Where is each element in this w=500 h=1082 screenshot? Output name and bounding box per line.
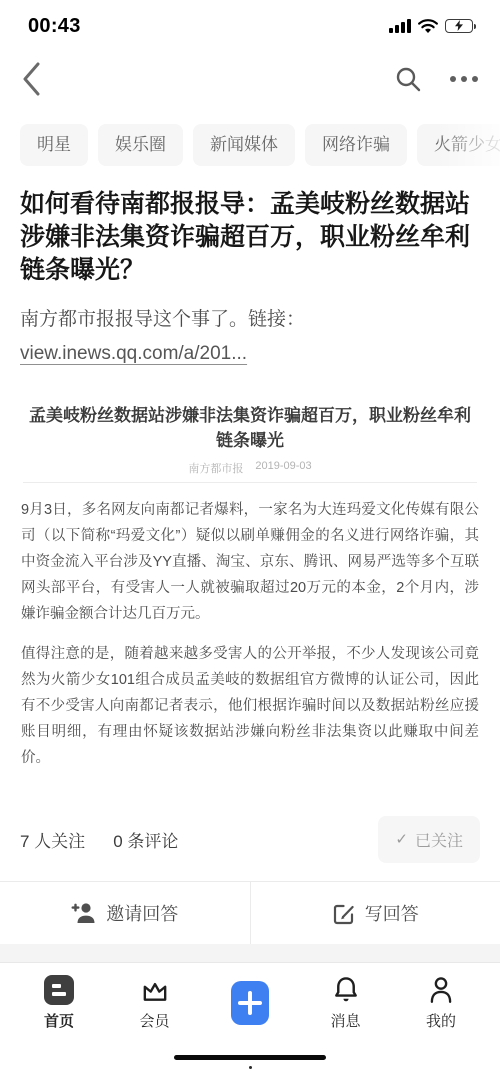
article-paragraph: 9月3日，多名网友向南都记者爆料，一家名为大连玛爱文化传媒有限公司（以下简称“玛…: [21, 497, 479, 627]
bell-icon: [331, 975, 361, 1005]
tab-membership[interactable]: 会员: [122, 975, 188, 1031]
write-answer-label: 写回答: [365, 900, 419, 926]
tab-home-label: 首页: [44, 1010, 74, 1031]
tab-messages[interactable]: 消息: [313, 975, 379, 1031]
search-button[interactable]: [394, 65, 422, 93]
battery-charging-icon: [445, 19, 476, 33]
article-byline: 南方都市报 2019-09-03: [23, 460, 477, 483]
article-date: 2019-09-03: [255, 460, 311, 476]
nav-right-actions: [394, 65, 478, 93]
wifi-icon: [418, 19, 438, 34]
write-answer-button[interactable]: 写回答: [251, 882, 500, 944]
check-icon: ✓: [395, 830, 408, 848]
topic-chip[interactable]: 网络诈骗: [305, 124, 407, 166]
crown-icon: [140, 975, 170, 1005]
tab-create-button[interactable]: [217, 980, 283, 1026]
person-add-icon: [71, 902, 96, 925]
comment-count: 0 条评论: [113, 827, 178, 852]
status-icons: [389, 19, 476, 34]
topic-chip[interactable]: 明星: [20, 124, 88, 166]
cellular-signal-icon: [389, 19, 411, 33]
home-icon: [44, 975, 74, 1005]
question-body: 南方都市报报导这个事了。链接：view.inews.qq.com/a/201..…: [20, 303, 480, 371]
nav-bar: [0, 44, 500, 114]
topic-chip[interactable]: 新闻媒体: [193, 124, 295, 166]
invite-answer-label: 邀请回答: [106, 900, 178, 926]
edit-icon: [332, 902, 355, 925]
follower-count: 7 人关注: [20, 827, 85, 852]
topic-chip[interactable]: 火箭少女: [417, 124, 500, 166]
home-indicator-area: [0, 1042, 500, 1082]
bottom-cluster: 邀请回答 写回答 首页 会员: [0, 881, 500, 1082]
back-chevron-icon: [22, 62, 41, 96]
question-stats-row: 7 人关注 0 条评论 ✓ 已关注: [0, 797, 500, 881]
tab-profile[interactable]: 我的: [408, 975, 474, 1031]
home-indicator[interactable]: [174, 1055, 326, 1060]
article-paragraph: 值得注意的是，随着越来越多受害人的公开举报，不少人发现该公司竟然为火箭少女101…: [21, 641, 479, 771]
tab-profile-label: 我的: [426, 1010, 456, 1031]
more-button[interactable]: [450, 76, 478, 82]
followed-button[interactable]: ✓ 已关注: [378, 816, 480, 863]
article-source: 南方都市报: [188, 460, 243, 476]
invite-answer-button[interactable]: 邀请回答: [0, 882, 250, 944]
cursor-dot: [249, 1066, 252, 1069]
question-counts: 7 人关注 0 条评论: [20, 827, 378, 852]
external-link[interactable]: view.inews.qq.com/a/201...: [20, 337, 247, 371]
tab-membership-label: 会员: [139, 1010, 169, 1031]
answer-actions-row: 邀请回答 写回答: [0, 881, 500, 944]
topic-chip[interactable]: 娱乐圈: [98, 124, 183, 166]
person-icon: [426, 975, 456, 1005]
followed-label: 已关注: [415, 828, 463, 851]
article-title: 孟美岐粉丝数据站涉嫌非法集资诈骗超百万，职业粉丝牟利链条曝光: [19, 393, 481, 453]
tab-bar: 首页 会员 消息: [0, 962, 500, 1042]
ellipsis-icon: [450, 76, 478, 82]
plus-icon: [230, 980, 270, 1026]
back-button[interactable]: [22, 62, 41, 96]
separator-band: [0, 944, 500, 962]
status-time: 00:43: [28, 15, 81, 38]
question-title: 如何看待南都报报导：孟美岐粉丝数据站涉嫌非法集资诈骗超百万，职业粉丝牟利链条曝光…: [20, 188, 480, 287]
article-image[interactable]: 孟美岐粉丝数据站涉嫌非法集资诈骗超百万，职业粉丝牟利链条曝光 南方都市报 201…: [19, 393, 481, 785]
search-icon: [394, 65, 422, 93]
topic-tags-row: 明星 娱乐圈 新闻媒体 网络诈骗 火箭少女: [20, 124, 500, 166]
tab-home[interactable]: 首页: [26, 975, 92, 1031]
status-bar: 00:43: [0, 0, 500, 44]
question-detail-screen: 00:43: [0, 0, 500, 1082]
question-body-text: 南方都市报报导这个事了。链接：: [20, 309, 305, 330]
tab-messages-label: 消息: [330, 1010, 360, 1031]
